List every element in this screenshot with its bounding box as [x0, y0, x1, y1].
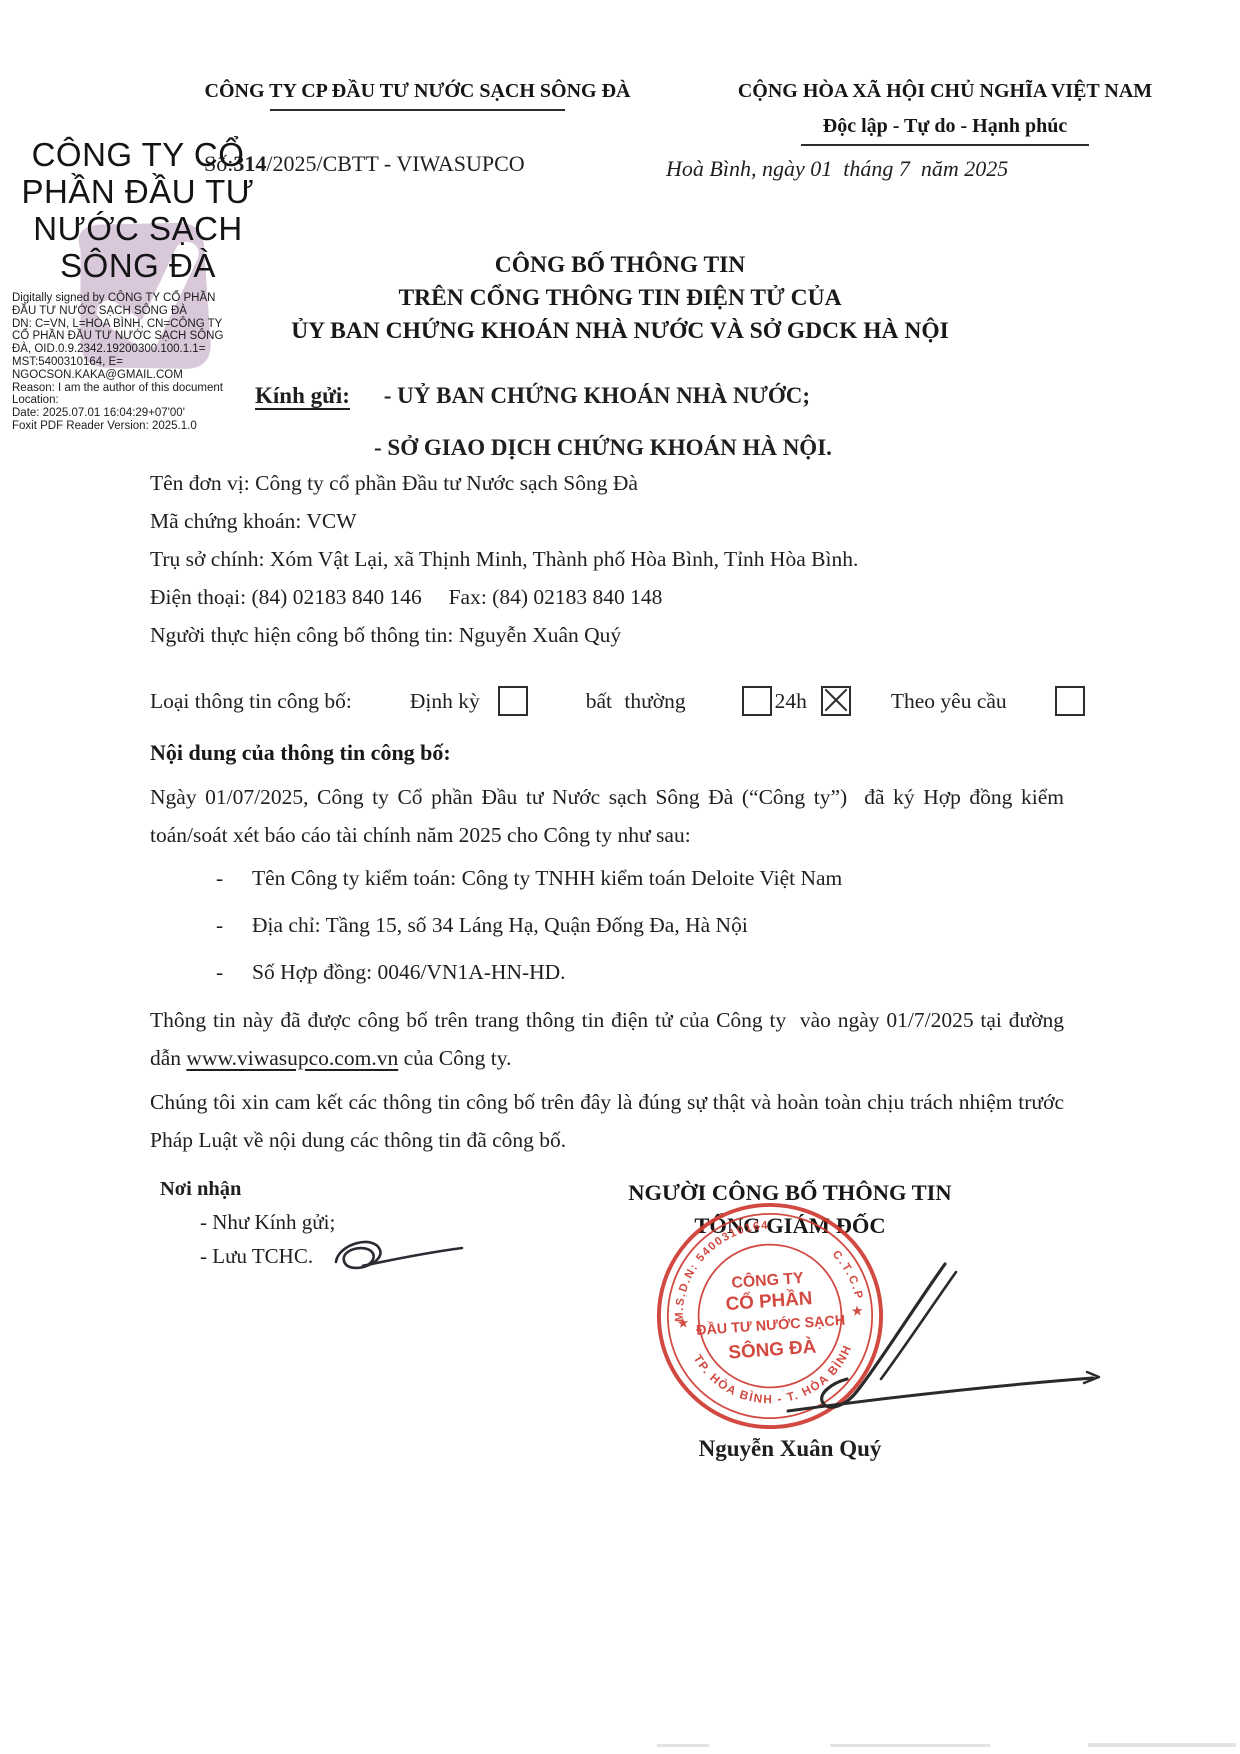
- recipients-label: Kính gửi:: [255, 383, 350, 408]
- scan-artifact: [1088, 1743, 1236, 1747]
- checkbox-periodic: [498, 686, 528, 716]
- place-and-date: Hoà Bình, ngày 01 tháng 7 năm 2025: [666, 156, 1008, 182]
- bullet-dash: -: [216, 960, 252, 985]
- content-paragraph-2: Thông tin này đã được công bố trên trang…: [150, 1002, 1064, 1077]
- initials-scribble-signature: [322, 1228, 472, 1290]
- info-discloser: Người thực hiện công bố thông tin: Nguyễ…: [150, 620, 1110, 658]
- info-head-office: Trụ sở chính: Xóm Vật Lại, xã Thịnh Minh…: [150, 544, 1110, 582]
- company-website-link: www.viwasupco.com.vn: [186, 1046, 398, 1070]
- signer-company-big-text: CÔNG TY CỔ PHẦN ĐẦU TƯ NƯỚC SẠCH SÔNG ĐÀ: [12, 136, 264, 284]
- info-unit-name: Tên đơn vị: Công ty cổ phần Đầu tư Nước …: [150, 468, 1110, 506]
- content-paragraph-1: Ngày 01/07/2025, Công ty Cổ phần Đầu tư …: [150, 779, 1064, 854]
- checkbox-24h-checked: [821, 686, 851, 716]
- recipients-footer-label: Nơi nhận: [160, 1178, 241, 1201]
- digital-signature-block: CÔNG TY CỔ PHẦN ĐẦU TƯ NƯỚC SẠCH SÔNG ĐÀ…: [12, 136, 264, 433]
- bullet-dash: -: [216, 913, 252, 938]
- footer-item-1: - Như Kính gửi;: [200, 1210, 335, 1235]
- title-line-3: ỦY BAN CHỨNG KHOÁN NHÀ NƯỚC VÀ SỞ GDCK H…: [225, 315, 1015, 348]
- disclosure-type-label: Loại thông tin công bố:: [150, 689, 352, 714]
- option-periodic-label: Định kỳ: [410, 689, 480, 714]
- checkbox-irregular: [742, 686, 772, 716]
- option-on-request-label: Theo yêu cầu: [891, 689, 1007, 714]
- bullet-dash: -: [216, 866, 252, 891]
- digital-signature-details: Digitally signed by CÔNG TY CỔ PHẦN ĐẦU …: [12, 292, 264, 433]
- option-irregular-label: bất thường: [586, 689, 686, 714]
- national-title: CỘNG HÒA XÃ HỘI CHỦ NGHĨA VIỆT NAM: [695, 78, 1195, 104]
- stamp-star-left-icon: ★: [677, 1316, 689, 1331]
- company-info: Tên đơn vị: Công ty cổ phần Đầu tư Nước …: [150, 468, 1110, 658]
- bullet-contract-number: - Số Hợp đồng: 0046/VN1A-HN-HD.: [216, 960, 1076, 985]
- scan-artifact: [657, 1744, 709, 1747]
- title-line-1: CÔNG BỐ THÔNG TIN: [225, 249, 1015, 282]
- content-heading: Nội dung của thông tin công bố:: [150, 740, 451, 766]
- national-motto: Độc lập - Tự do - Hạnh phúc: [695, 113, 1195, 139]
- director-handwritten-signature: [700, 1248, 1120, 1423]
- footer-item-2: - Lưu TCHC.: [200, 1244, 313, 1269]
- signer-name: Nguyễn Xuân Quý: [615, 1436, 965, 1462]
- recipient-1: - UỶ BAN CHỨNG KHOÁN NHÀ NƯỚC;: [384, 383, 810, 408]
- checkbox-on-request: [1055, 686, 1085, 716]
- info-ticker: Mã chứng khoán: VCW: [150, 506, 1110, 544]
- issuer-company-name: CÔNG TY CP ĐẦU TƯ NƯỚC SẠCH SÔNG ĐÀ: [150, 78, 685, 104]
- content-paragraph-3: Chúng tôi xin cam kết các thông tin công…: [150, 1084, 1064, 1159]
- bullet-text: Số Hợp đồng: 0046/VN1A-HN-HD.: [252, 960, 566, 985]
- bullet-text: Địa chỉ: Tầng 15, số 34 Láng Hạ, Quận Đố…: [252, 913, 748, 938]
- recipients-line-2: - SỞ GIAO DỊCH CHỨNG KHOÁN HÀ NỘI.: [374, 435, 832, 461]
- issuer-company-header: CÔNG TY CP ĐẦU TƯ NƯỚC SẠCH SÔNG ĐÀ: [150, 78, 685, 111]
- bullet-auditor-name: - Tên Công ty kiểm toán: Công ty TNHH ki…: [216, 866, 1076, 891]
- national-header: CỘNG HÒA XÃ HỘI CHỦ NGHĨA VIỆT NAM Độc l…: [695, 78, 1195, 146]
- disclosure-type-row: Loại thông tin công bố: Định kỳ bất thườ…: [150, 686, 1150, 716]
- header-left-rule: [270, 109, 565, 111]
- document-title: CÔNG BỐ THÔNG TIN TRÊN CỔNG THÔNG TIN ĐI…: [225, 249, 1015, 348]
- bullet-auditor-address: - Địa chỉ: Tầng 15, số 34 Láng Hạ, Quận …: [216, 913, 1076, 938]
- header-right-rule: [801, 144, 1089, 146]
- title-line-2: TRÊN CỔNG THÔNG TIN ĐIỆN TỬ CỦA: [225, 282, 1015, 315]
- recipients-line-1: Kính gửi: - UỶ BAN CHỨNG KHOÁN NHÀ NƯỚC;: [255, 383, 810, 409]
- scan-artifact: [830, 1744, 990, 1747]
- document-page: CÔNG TY CP ĐẦU TƯ NƯỚC SẠCH SÔNG ĐÀ CỘNG…: [0, 0, 1240, 1754]
- info-phone-fax: Điện thoại: (84) 02183 840 146 Fax: (84)…: [150, 582, 1110, 620]
- bullet-text: Tên Công ty kiểm toán: Công ty TNHH kiểm…: [252, 866, 842, 891]
- paragraph-2-post: của Công ty.: [398, 1046, 511, 1070]
- option-24h-label: 24h: [775, 689, 807, 714]
